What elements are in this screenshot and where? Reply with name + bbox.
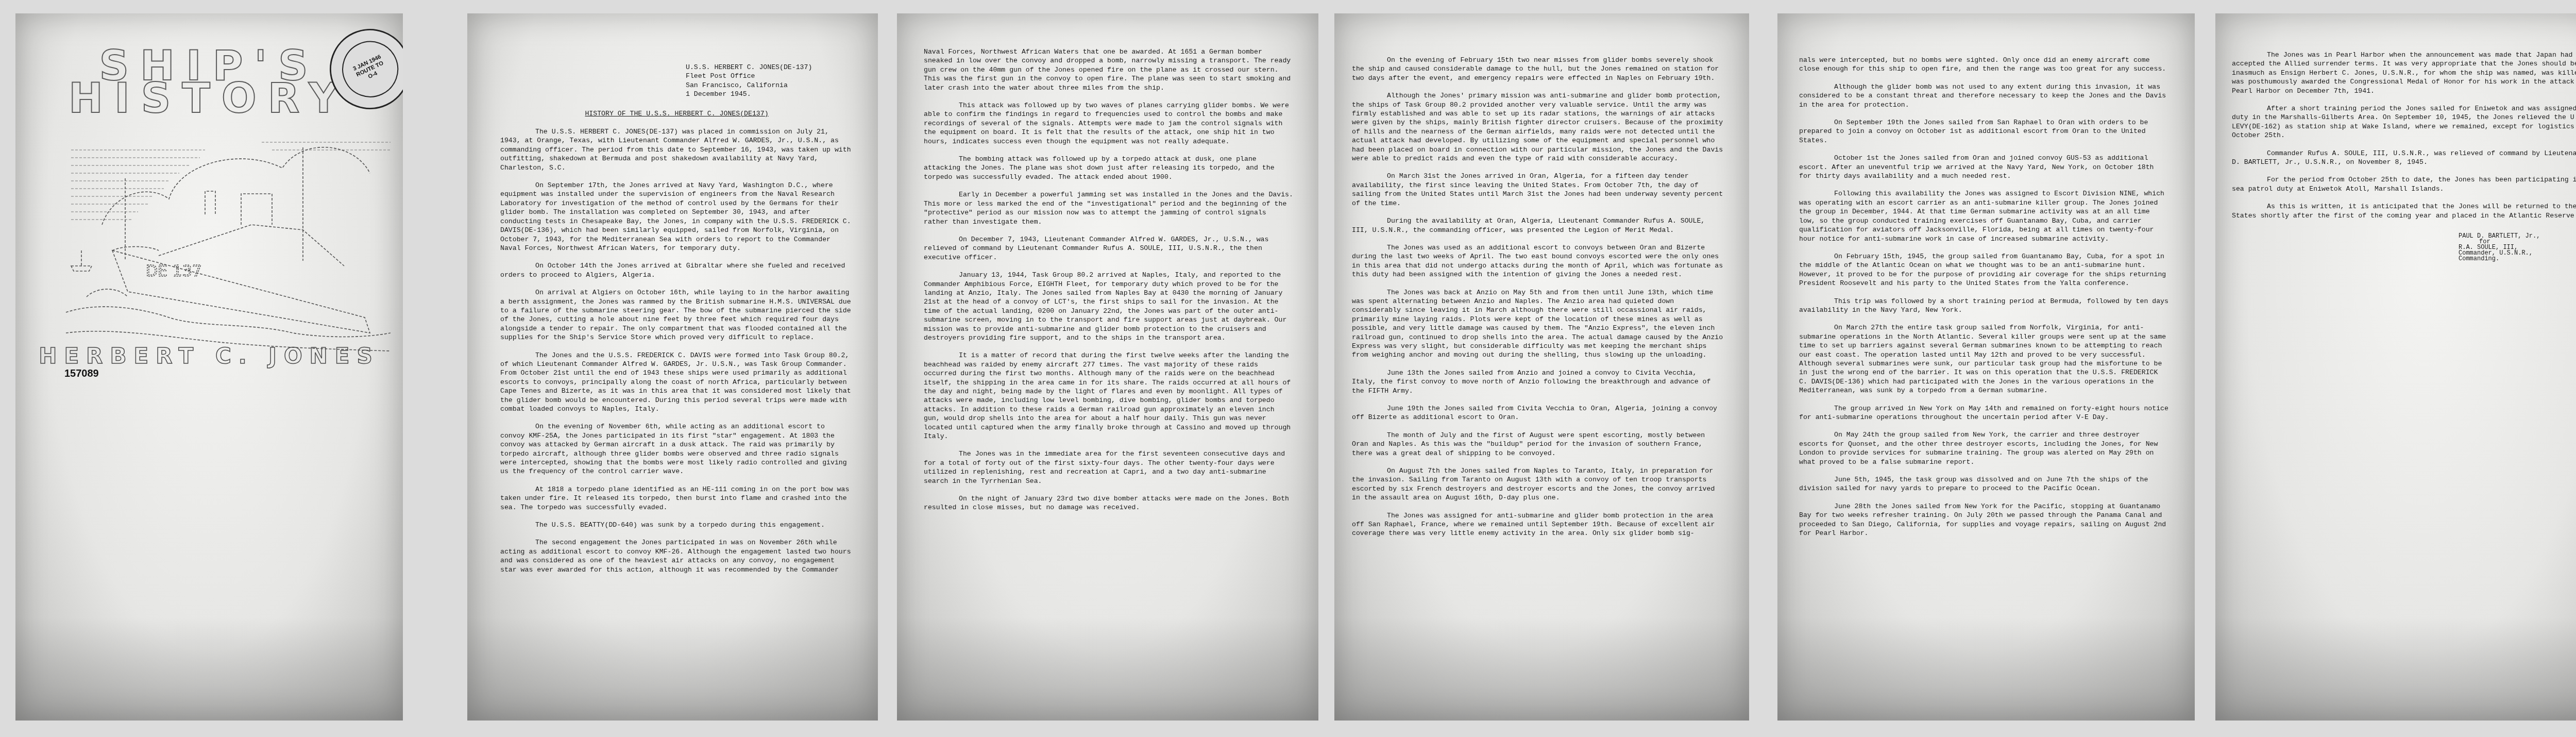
paragraph: During the availability at Oran, Algeria… <box>1352 216 1724 234</box>
document-page-5: The Jones was in Pearl Harbor when the a… <box>2215 13 2576 721</box>
paragraph: Commander Rufus A. SOULE, III, U.S.N.R.,… <box>2232 149 2576 167</box>
paragraph: The Jones was assigned for anti-submarin… <box>1352 511 1724 538</box>
letterhead-location: San Francisco, California <box>686 81 853 90</box>
paragraph: June 13th the Jones sailed from Anzio an… <box>1352 368 1724 395</box>
paragraph: On arrival at Algiers on October 16th, w… <box>500 288 853 342</box>
document-page-3: On the evening of February 15th two near… <box>1334 13 1749 721</box>
paragraph: On March 31st the Jones arrived in Oran,… <box>1352 172 1724 208</box>
paragraph: On May 24th the group sailed from New Yo… <box>1799 430 2170 466</box>
signature-role: Commanding. <box>2459 256 2576 262</box>
paragraph: The Jones was in Pearl Harbor when the a… <box>2232 51 2576 95</box>
paragraph: This trip was followed by a short traini… <box>1799 297 2170 315</box>
catalog-number: 157089 <box>64 368 99 380</box>
paragraph: The U.S.S. HERBERT C. JONES(DE-137) was … <box>500 127 853 172</box>
paragraph: For the period from October 25th to date… <box>2232 175 2576 193</box>
paragraph: Naval Forces, Northwest African Waters t… <box>924 47 1294 92</box>
document-title: HISTORY OF THE U.S.S. HERBERT C. JONES(D… <box>500 109 853 118</box>
paragraph: On September 19th the Jones sailed from … <box>1799 118 2170 145</box>
paragraph: The Jones was used as an additional esco… <box>1352 243 1724 279</box>
paragraph: After a short training period the Jones … <box>2232 104 2576 140</box>
paragraph: On the evening of February 15th two near… <box>1352 56 1724 82</box>
paragraph: On February 15th, 1945, the group sailed… <box>1799 252 2170 288</box>
paragraph: Although the glider bomb was not used to… <box>1799 82 2170 109</box>
paragraph: June 5th, 1945, the task group was disso… <box>1799 475 2170 493</box>
paragraph: On September 17th, the Jones arrived at … <box>500 181 853 253</box>
paragraph: October 1st the Jones sailed from Oran a… <box>1799 154 2170 180</box>
paragraph: The group arrived in New York on May 14t… <box>1799 404 2170 422</box>
paragraph: On August 7th the Jones sailed from Napl… <box>1352 466 1724 502</box>
signature-name: PAUL D. BARTLETT, Jr., <box>2459 233 2576 239</box>
paragraph: Early in December a powerful jamming set… <box>924 190 1294 226</box>
paragraph: June 19th the Jones sailed from Civita V… <box>1352 404 1724 422</box>
paragraph: This attack was followed up by two waves… <box>924 101 1294 146</box>
paragraph: As this is written, it is anticipated th… <box>2232 202 2576 220</box>
paragraph: On October 14th the Jones arrived at Gib… <box>500 261 853 279</box>
ship-illustration-icon: DE 137 <box>35 91 391 379</box>
cover-page: SHIP'S HISTORY 3 JAN 1946 ROUTE TO O-4 <box>15 13 403 721</box>
cover-ship-name: HERBERT C. JONES <box>15 343 403 368</box>
letterhead-date: 1 December 1945. <box>686 90 853 98</box>
paragraph: January 13, 1944, Task Group 80.2 arrive… <box>924 271 1294 342</box>
document-page-1: U.S.S. HERBERT C. JONES(DE-137) Fleet Po… <box>467 13 878 721</box>
paragraph: The U.S.S. BEATTY(DD-640) was sunk by a … <box>500 521 853 529</box>
letterhead-ship: U.S.S. HERBERT C. JONES(DE-137) <box>686 63 853 72</box>
paragraph: The month of July and the first of Augus… <box>1352 431 1724 458</box>
paragraph: June 28th the Jones sailed from New York… <box>1799 502 2170 538</box>
document-page-4: nals were intercepted, but no bombs were… <box>1777 13 2195 721</box>
paragraph: The Jones was back at Anzio on May 5th a… <box>1352 288 1724 360</box>
paragraph: Following this availability the Jones wa… <box>1799 189 2170 243</box>
paragraph: The Jones and the U.S.S. FREDERICK C. DA… <box>500 351 853 414</box>
document-page-2: Naval Forces, Northwest African Waters t… <box>897 13 1318 721</box>
paragraph: It is a matter of record that during the… <box>924 351 1294 441</box>
paragraph: The second engagement the Jones particip… <box>500 538 853 574</box>
paragraph: On the evening of November 6th, while ac… <box>500 422 853 476</box>
paragraph: On March 27th the entire task group sail… <box>1799 323 2170 395</box>
signature-block: PAUL D. BARTLETT, Jr., for R.A. SOULE, I… <box>2459 233 2576 262</box>
paragraph: On December 7, 1943, Lieutenant Commande… <box>924 235 1294 262</box>
paragraph: At 1818 a torpedo plane identified as an… <box>500 485 853 512</box>
paragraph: The Jones was in the immediate area for … <box>924 449 1294 485</box>
letterhead: U.S.S. HERBERT C. JONES(DE-137) Fleet Po… <box>686 63 853 99</box>
svg-text:DE 137: DE 137 <box>146 262 202 280</box>
paragraph: The bombing attack was followed up by a … <box>924 155 1294 181</box>
paragraph: On the night of January 23rd two dive bo… <box>924 494 1294 512</box>
paragraph: Although the Jones' primary mission was … <box>1352 91 1724 163</box>
paragraph: nals were intercepted, but no bombs were… <box>1799 56 2170 74</box>
letterhead-office: Fleet Post Office <box>686 72 853 80</box>
